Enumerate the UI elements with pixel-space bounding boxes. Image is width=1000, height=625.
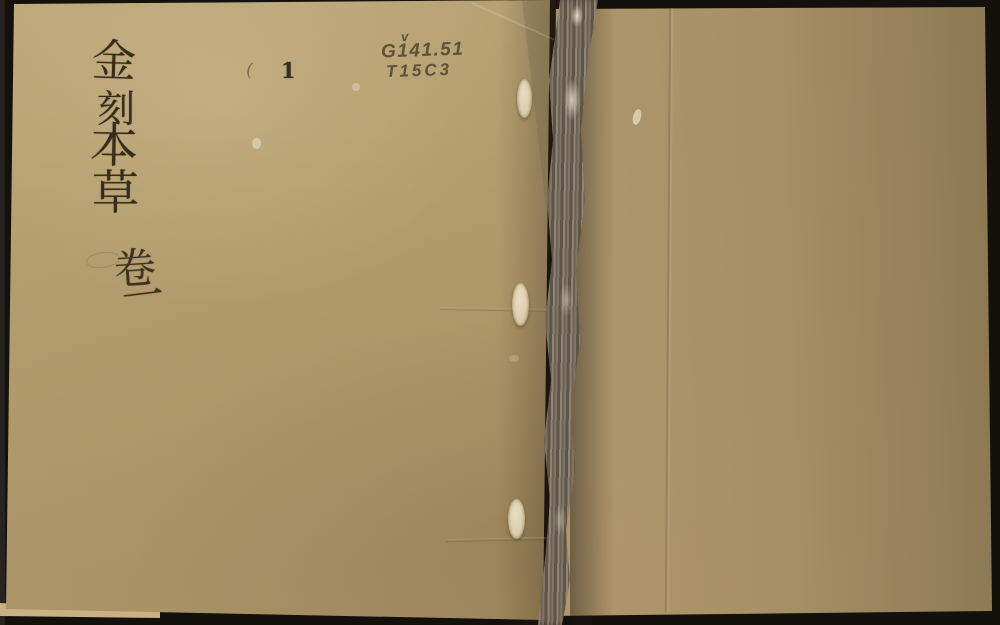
title-character-cao: 草 — [92, 170, 139, 217]
call-number-line1: G141.51 — [381, 39, 465, 64]
stitch-hole — [517, 79, 532, 118]
photo-left-edge — [0, 0, 5, 625]
page-number-stamp: 1 — [281, 58, 296, 83]
paper-fleck — [252, 138, 261, 149]
paper-fleck — [509, 355, 519, 362]
book-cover-photo: 金 刻 本 草 卷 一 ( 1 v G141.51 T15C3 — [0, 0, 1000, 625]
stitch-hole — [512, 283, 529, 326]
call-number-line2: T15C3 — [386, 60, 453, 82]
title-character-jin: 金 — [91, 39, 137, 85]
volume-character-yi: 一 — [120, 274, 167, 321]
stitch-hole — [508, 499, 525, 539]
title-character-ben: 本 — [90, 122, 139, 171]
paper-fleck — [352, 83, 360, 91]
